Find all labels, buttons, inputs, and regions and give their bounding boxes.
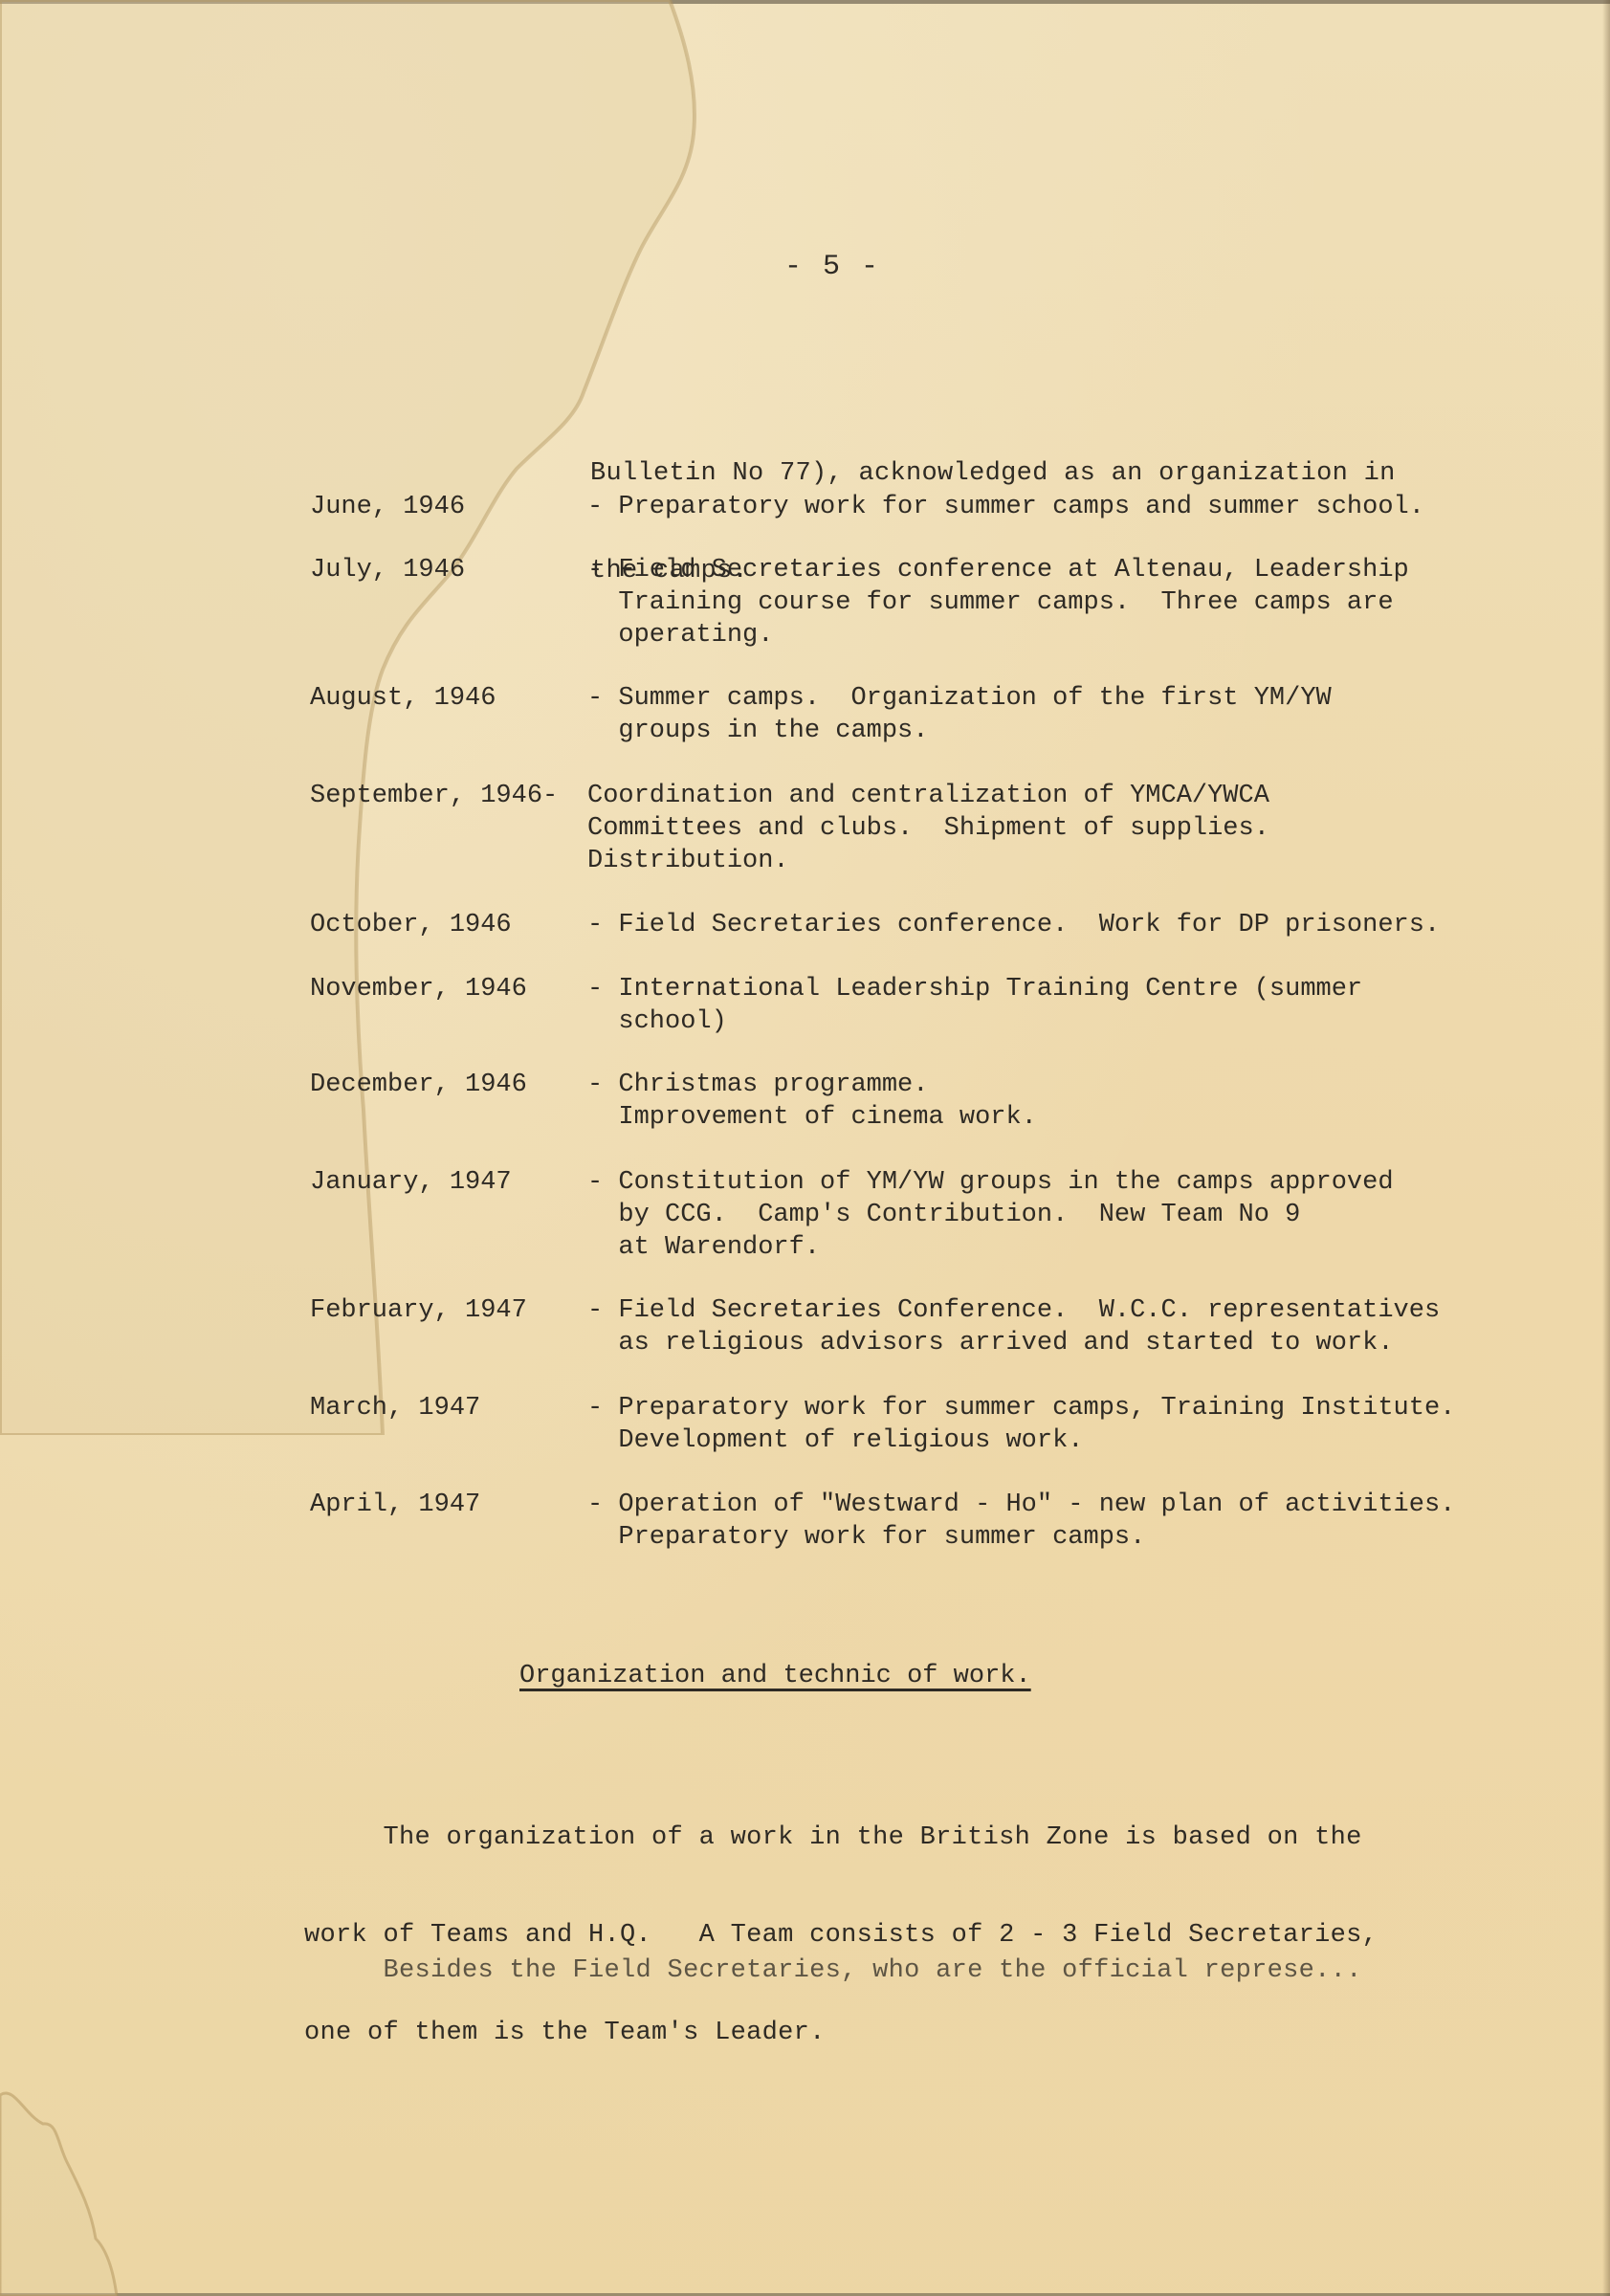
document-page: - 5 - Bulletin No 77), acknowledged as a…	[0, 0, 1610, 2296]
entry-description: - Field Secretaries Conference. W.C.C. r…	[587, 1294, 1440, 1359]
timeline-entry-october-1946: October, 1946 - Field Secretaries confer…	[310, 909, 1440, 941]
page-right-edge	[1602, 0, 1610, 2296]
entry-description: - Summer camps. Organization of the firs…	[587, 682, 1332, 747]
entry-date: November, 1946	[310, 973, 587, 1038]
timeline-entry-november-1946: November, 1946 - International Leadershi…	[310, 973, 1362, 1038]
paragraph-line: Besides the Field Secretaries, who are t…	[304, 1954, 1362, 1987]
entry-date: June, 1946	[310, 491, 587, 523]
entry-date: September, 1946-	[310, 780, 587, 877]
entry-date: August, 1946	[310, 682, 587, 747]
section-heading: Organization and technic of work.	[519, 1660, 1031, 1692]
entry-description: - Preparatory work for summer camps, Tra…	[587, 1392, 1455, 1457]
entry-date: February, 1947	[310, 1294, 587, 1359]
timeline-entry-july-1946: July, 1946 - Field Secretaries conferenc…	[310, 554, 1409, 651]
entry-description: - Operation of "Westward - Ho" - new pla…	[587, 1489, 1455, 1554]
entry-description: - Field Secretaries conference. Work for…	[587, 909, 1440, 941]
entry-description: - Constitution of YM/YW groups in the ca…	[587, 1166, 1394, 1264]
entry-date: December, 1946	[310, 1069, 587, 1134]
page-top-edge	[0, 0, 1610, 4]
water-stain-bottom-left	[0, 2086, 191, 2296]
paragraph-besides: Besides the Field Secretaries, who are t…	[304, 1889, 1362, 2052]
entry-description: - International Leadership Training Cent…	[587, 973, 1362, 1038]
entry-date: March, 1947	[310, 1392, 587, 1457]
timeline-entry-january-1947: January, 1947 - Constitution of YM/YW gr…	[310, 1166, 1394, 1264]
timeline-entry-april-1947: April, 1947 - Operation of "Westward - H…	[310, 1489, 1455, 1554]
timeline-entry-september-1946: September, 1946- Coordination and centra…	[310, 780, 1269, 877]
entry-date: January, 1947	[310, 1166, 587, 1264]
page-number: - 5 -	[784, 251, 880, 283]
entry-description: - Preparatory work for summer camps and …	[587, 491, 1424, 523]
entry-date: October, 1946	[310, 909, 587, 941]
intro-line: Bulletin No 77), acknowledged as an orga…	[590, 457, 1396, 490]
entry-description: - Christmas programme. Improvement of ci…	[587, 1069, 1037, 1134]
entry-date: July, 1946	[310, 554, 587, 651]
timeline-entry-june-1946: June, 1946 - Preparatory work for summer…	[310, 491, 1424, 523]
entry-description: - Field Secretaries conference at Altena…	[587, 554, 1409, 651]
entry-description: Coordination and centralization of YMCA/…	[587, 780, 1269, 877]
timeline-entry-february-1947: February, 1947 - Field Secretaries Confe…	[310, 1294, 1440, 1359]
timeline-entry-december-1946: December, 1946 - Christmas programme. Im…	[310, 1069, 1037, 1134]
timeline-entry-august-1946: August, 1946 - Summer camps. Organizatio…	[310, 682, 1332, 747]
timeline-entry-march-1947: March, 1947 - Preparatory work for summe…	[310, 1392, 1455, 1457]
entry-date: April, 1947	[310, 1489, 587, 1554]
paragraph-line: The organization of a work in the Britis…	[304, 1821, 1378, 1854]
